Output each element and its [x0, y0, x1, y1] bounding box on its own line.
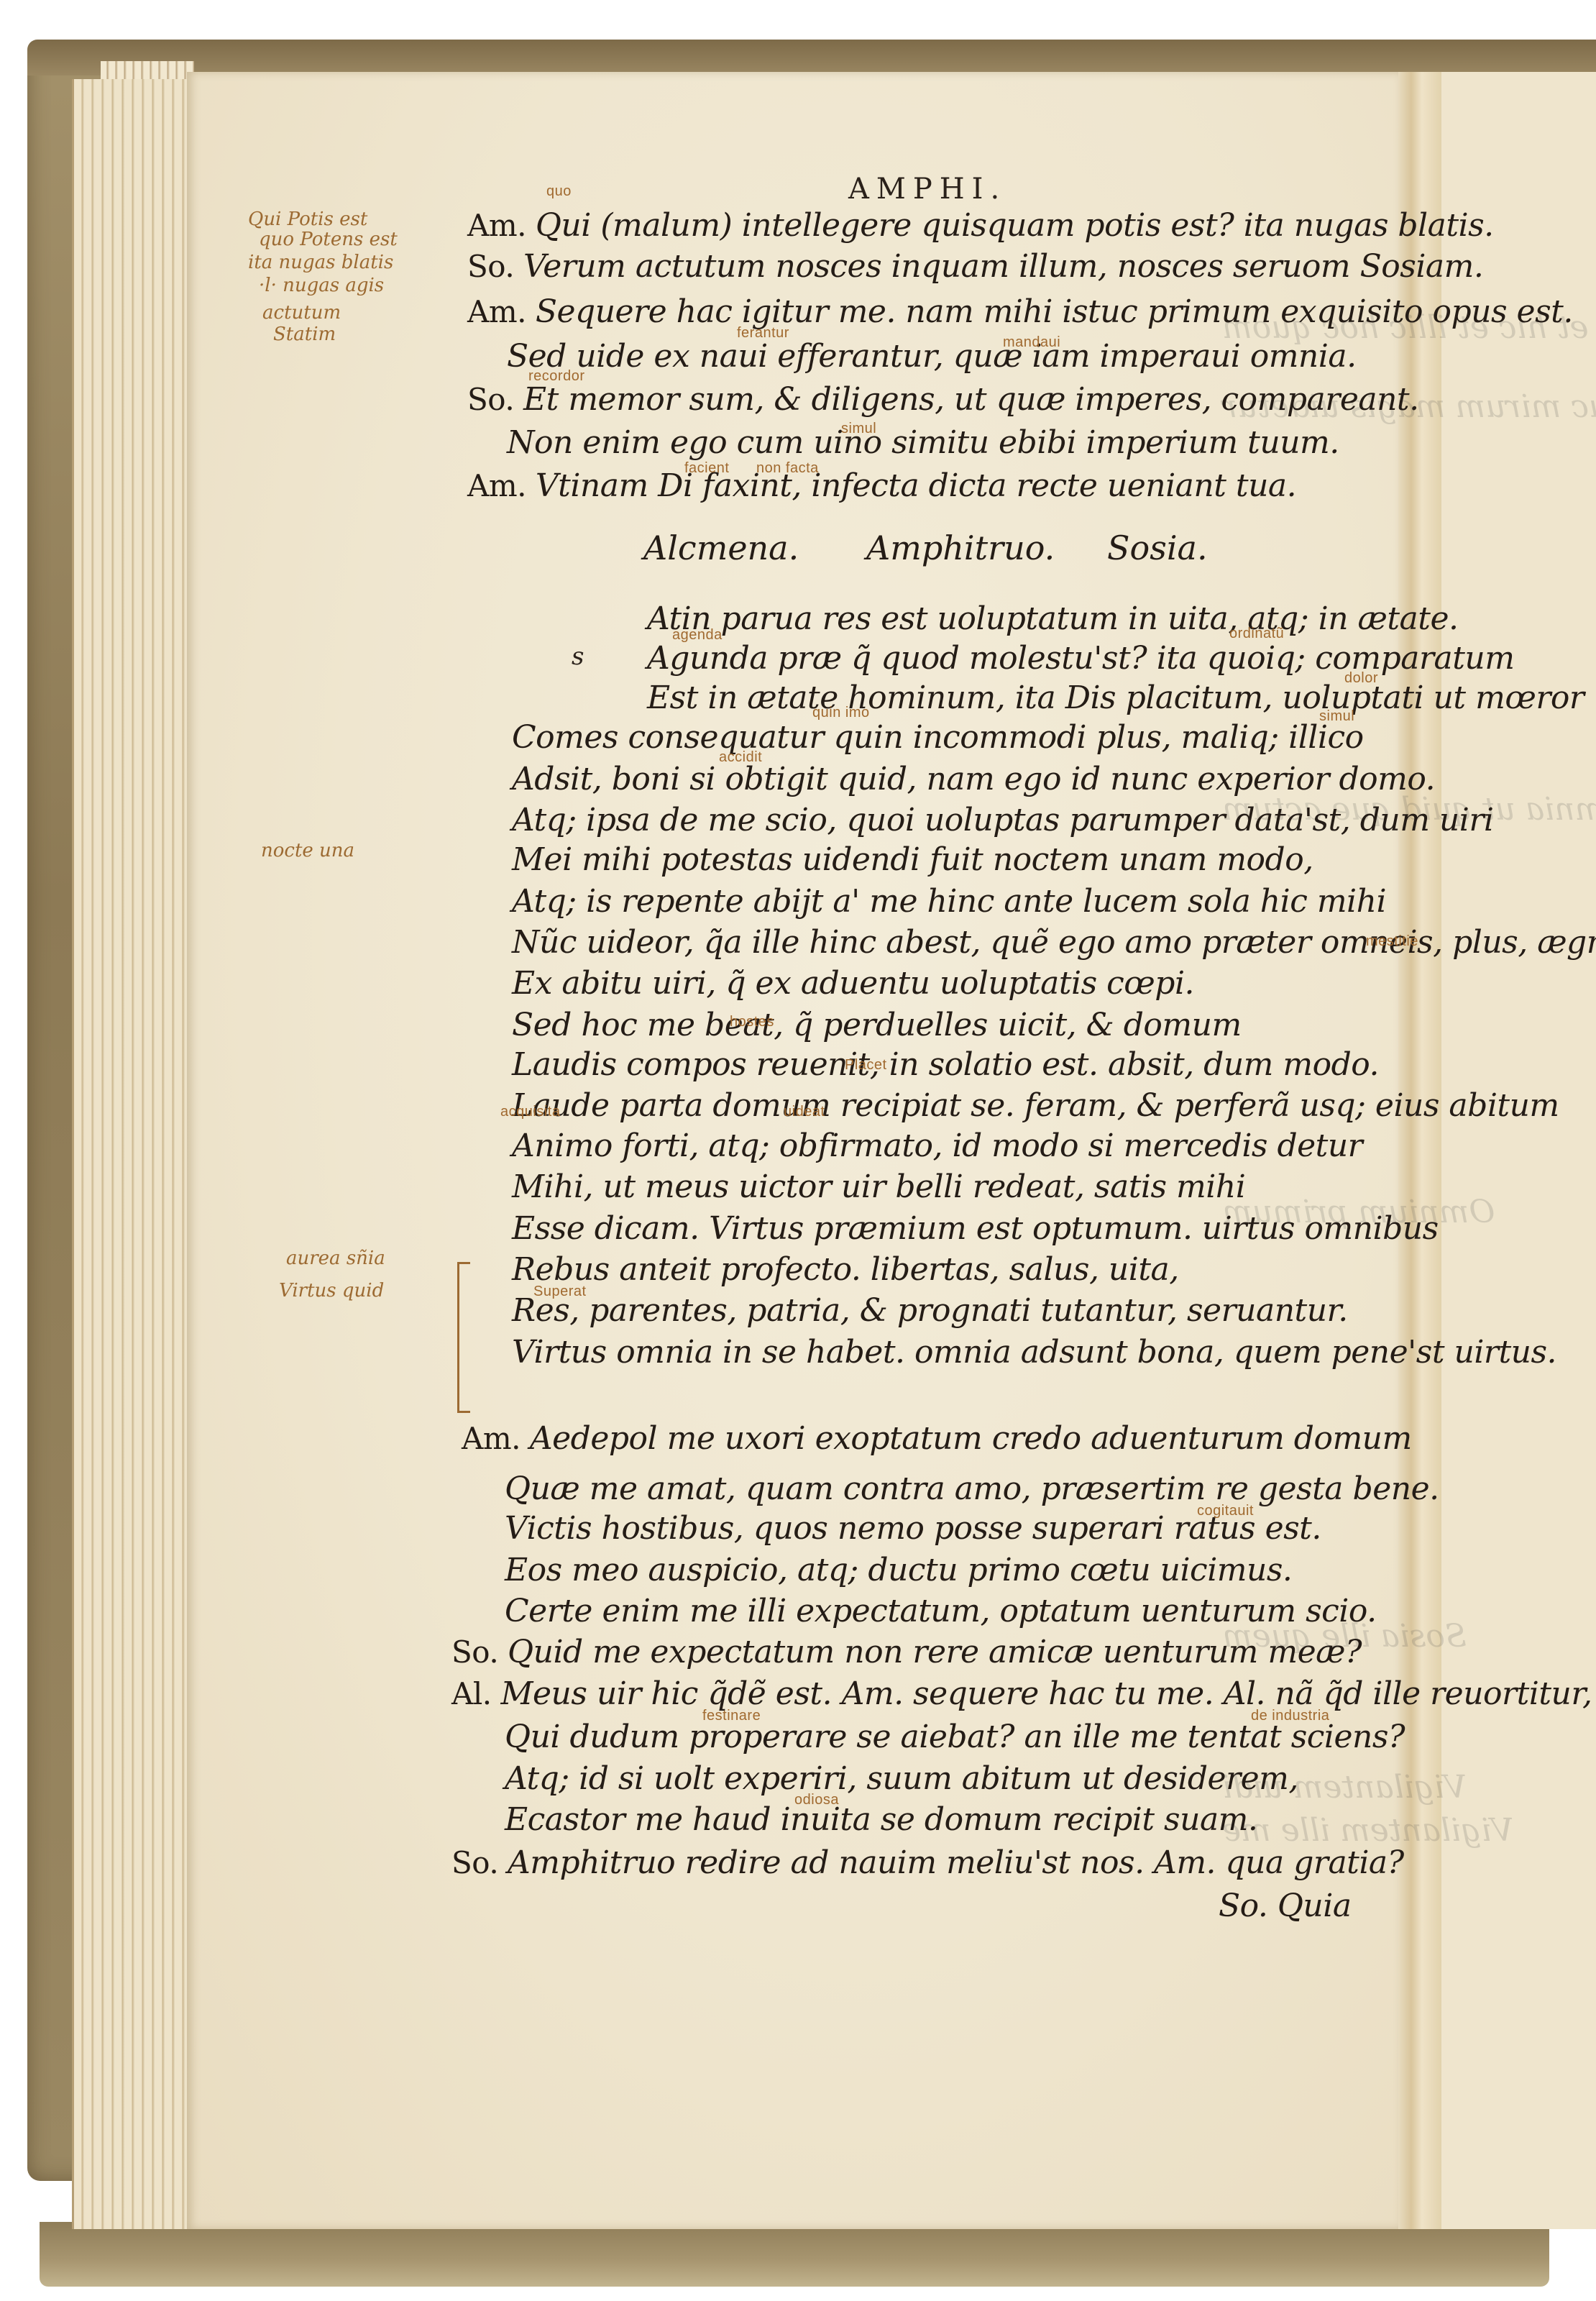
verse-line: Mei mihi potestas uidendi fuit noctem un…	[512, 841, 1313, 878]
margin-note: ·l· nugas agis	[259, 275, 384, 296]
verse-line: Atin parua res est uoluptatum in uita, a…	[647, 600, 1459, 637]
verse-line: Quæ me amat, quam contra amo, præsertim …	[505, 1470, 1439, 1507]
interlinear-gloss: accidit	[719, 749, 762, 766]
interlinear-gloss: agenda	[672, 627, 723, 644]
margin-note-nocte-una: nocte una	[261, 840, 354, 861]
verse-line: Comes consequatur quin incommodi plus, m…	[512, 719, 1364, 756]
interlinear-gloss: de industria	[1251, 1708, 1329, 1724]
speaker: So.	[467, 382, 523, 417]
verse-line: Laude parta domum recipiat se. feram, & …	[512, 1087, 1559, 1124]
interlinear-gloss: acquisita	[500, 1104, 560, 1120]
margin-note: Qui Potis est	[248, 209, 367, 230]
margin-note: quo Potens est	[259, 229, 398, 250]
speaker: So.	[467, 249, 523, 284]
interlinear-gloss: simul	[1319, 708, 1354, 725]
binding-bottom-edge	[40, 2222, 1549, 2287]
verse-line: So. Amphitruo redire ad nauim meliu'st n…	[451, 1844, 1404, 1881]
speaker: Am.	[467, 468, 536, 503]
interlinear-gloss: Superat	[533, 1284, 587, 1300]
margin-note-aurea-sententia: aurea sñia	[286, 1248, 385, 1269]
verse-line: Am. Qui (malum) intellegere quisquam pot…	[467, 207, 1494, 244]
verse-line: Esse dicam. Virtus præmium est optumum. …	[512, 1210, 1439, 1247]
verse-line: Rebus anteit profecto. libertas, salus, …	[512, 1251, 1179, 1288]
verse-line: Al. Meus uir hic q̃dẽ est. Am. sequere h…	[451, 1675, 1592, 1712]
verse-line: Agunda præ q̃ quod molestu'st? ita quoiq…	[647, 640, 1514, 677]
interlinear-gloss: hostes	[730, 1014, 774, 1030]
interlinear-gloss: festinare	[702, 1708, 761, 1724]
verse-line: Eos meo auspicio, atq; ductu primo cœtu …	[505, 1552, 1292, 1588]
interlinear-gloss: simul	[841, 421, 876, 437]
cast-sosia: Sosia.	[1107, 529, 1208, 567]
verse-line: Res, parentes, patria, & prognati tutant…	[512, 1292, 1348, 1329]
margin-note: actutum	[262, 302, 341, 324]
interlinear-gloss: cogitauit	[1197, 1503, 1254, 1519]
interlinear-gloss: facient	[684, 460, 729, 477]
interlinear-gloss: odiosa	[794, 1792, 839, 1808]
margin-note-virtus-quid: Virtus quid	[279, 1280, 384, 1302]
interlinear-gloss: mestitie	[1366, 933, 1418, 950]
interlinear-gloss: dolor	[1344, 670, 1378, 687]
speaker: Al.	[451, 1676, 500, 1711]
interlinear-gloss: ordinatũ	[1229, 626, 1284, 642]
verse-line: So. Verum actutum nosces inquam illum, n…	[467, 248, 1483, 285]
verse-line: Virtus omnia in se habet. omnia adsunt b…	[512, 1334, 1556, 1371]
interlinear-gloss: recordor	[528, 368, 584, 385]
margin-bracket	[457, 1262, 481, 1413]
speaker: So.	[451, 1845, 508, 1880]
verse-line: So. Quid me expectatum non rere amicæ ue…	[451, 1634, 1362, 1670]
verse-line: Sed uide ex naui efferantur, quæ iam imp…	[507, 338, 1357, 375]
speaker: Am.	[467, 208, 536, 243]
signature-mark: s	[572, 642, 584, 671]
speaker: Am.	[462, 1421, 530, 1456]
verse-line: Non enim ego cum uino simitu ebibi imper…	[507, 424, 1339, 461]
interlinear-gloss: mandaui	[1003, 334, 1060, 351]
verse-line: Ecastor me haud inuita se domum recipit …	[505, 1801, 1257, 1838]
verse-line: Am. Sequere hac igitur me. nam mihi istu…	[467, 293, 1573, 330]
verse-line: Nũc uideor, q̃a ille hinc abest, quẽ ego…	[512, 924, 1596, 961]
interlinear-gloss: non facta	[756, 460, 819, 477]
margin-note: ita nugas blatis	[248, 252, 393, 273]
verse-line: Ex abitu uiri, q̃ ex aduentu uoluptatis …	[512, 965, 1194, 1002]
interlinear-gloss: ferantur	[737, 325, 789, 342]
verse-line: Animo forti, atq; obfirmato, id modo si …	[512, 1127, 1362, 1164]
verse-line: Est in ætate hominum, ita Dis placitum, …	[647, 680, 1584, 716]
cast-alcmena: Alcmena.	[643, 529, 799, 567]
interlinear-gloss: quin imo	[812, 705, 870, 721]
verse-line: Atq; ipsa de me scio, quoi uoluptas paru…	[512, 802, 1493, 838]
verse-line: Certe enim me illi expectatum, optatum u…	[505, 1593, 1377, 1629]
verse-line: So. Et memor sum, & diligens, ut quæ imp…	[467, 381, 1419, 418]
verse-line: Mihi, ut meus uictor uir belli redeat, s…	[512, 1168, 1245, 1205]
interlinear-gloss: quo	[546, 183, 572, 200]
cast-amphitruo: Amphitruo.	[866, 529, 1055, 567]
interlinear-gloss: Placet	[845, 1057, 887, 1074]
binding-top-edge	[27, 40, 1596, 76]
interlinear-gloss: uideat	[784, 1104, 825, 1120]
verse-line: Sed hoc me beat, q̃ perduelles uicit, & …	[512, 1007, 1242, 1043]
verse-line: Atq; is repente abijt a' me hinc ante lu…	[512, 883, 1386, 920]
page-stack	[72, 79, 189, 2229]
verse-line: Adsit, boni si obtigit quid, nam ego id …	[512, 761, 1435, 797]
catchword: So. Quia	[1219, 1888, 1352, 1924]
speaker: Am.	[467, 294, 536, 329]
running-head: AMPHI.	[848, 173, 1006, 206]
speaker: So.	[451, 1634, 508, 1670]
verse-line: Am. Aedepol me uxori exoptatum credo adu…	[462, 1420, 1412, 1457]
verse-line: Am. Vtinam Di faxint, infecta dicta rect…	[467, 467, 1296, 504]
verse-line: Laudis compos reuenit, in solatio est. a…	[512, 1046, 1379, 1083]
margin-note: Statim	[273, 324, 336, 345]
verse-line: Atq; id si uolt experiri, suum abitum ut…	[505, 1760, 1298, 1797]
